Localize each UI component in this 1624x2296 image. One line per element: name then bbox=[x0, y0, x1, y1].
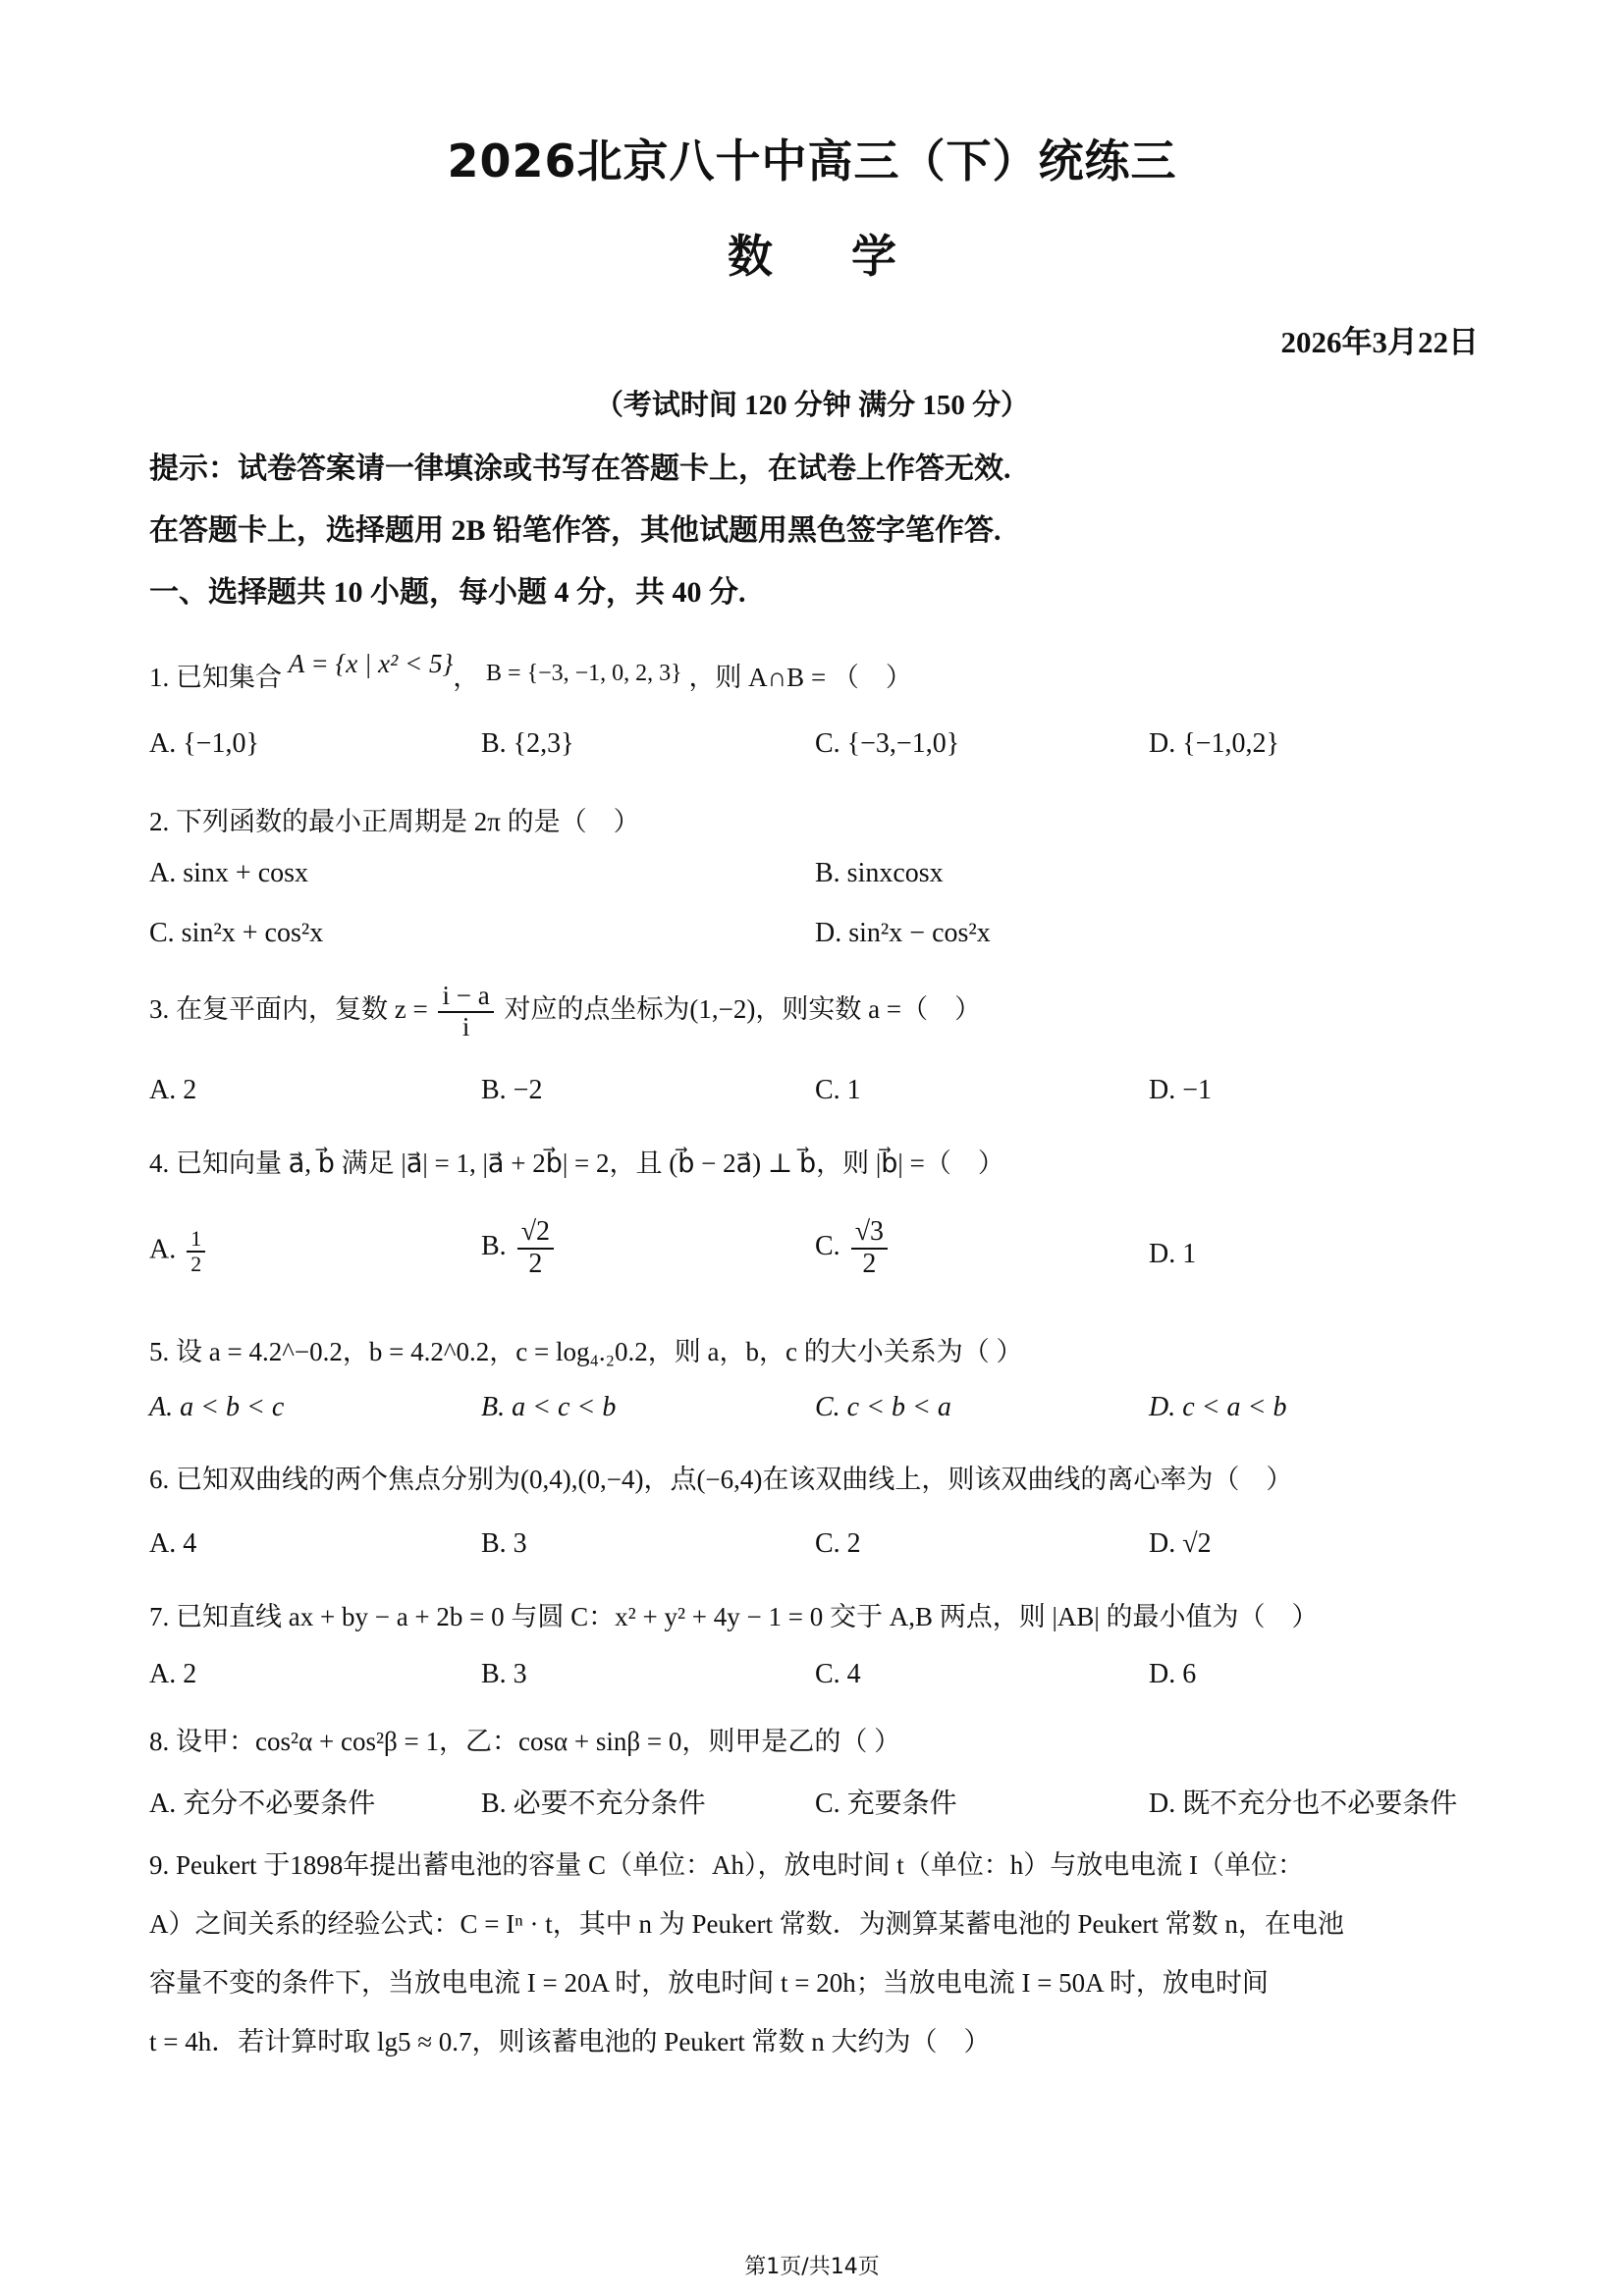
q5-option-b: B. a < c < b bbox=[481, 1392, 616, 1423]
question-8: 8. 设甲：cos²α + cos²β = 1，乙：cosα + sinβ = … bbox=[149, 1720, 900, 1758]
exam-date: 2026年3月22日 bbox=[1281, 317, 1480, 361]
option-label: B. bbox=[481, 1231, 507, 1261]
question-9-line-4: t = 4h．若计算时取 lg5 ≈ 0.7，则该蓄电池的 Peukert 常数… bbox=[149, 2020, 991, 2058]
q1-option-b: B. {2,3} bbox=[481, 728, 574, 760]
question-9-line-2: A）之间关系的经验公式：C = Iⁿ · t，其中 n 为 Peukert 常数… bbox=[149, 1902, 1344, 1941]
q2-option-a: A. sinx + cosx bbox=[149, 858, 308, 889]
page-indicator: 第1页/共14页 bbox=[0, 2250, 1624, 2280]
question-number: 3. bbox=[149, 994, 169, 1024]
fraction: √2 2 bbox=[517, 1217, 554, 1280]
q2-option-d: D. sin²x − cos²x bbox=[815, 918, 991, 949]
set-a: A = {x | x² < 5} bbox=[289, 649, 454, 678]
question-stem: 已知向量 a⃗, b⃗ 满足 |a⃗| = 1, |a⃗ + 2b⃗| = 2，… bbox=[176, 1148, 1004, 1178]
question-number: 8. bbox=[149, 1727, 169, 1756]
subject-char-1: 数 bbox=[728, 230, 773, 283]
question-stem-prefix: 已知集合 bbox=[176, 663, 282, 692]
q8-option-c: C. 充要条件 bbox=[815, 1782, 957, 1821]
q6-option-d: D. √2 bbox=[1149, 1528, 1212, 1560]
q4-option-d: D. 1 bbox=[1149, 1239, 1196, 1270]
question-stem-prefix: 在复平面内，复数 z = bbox=[176, 994, 428, 1024]
fraction-denominator: 2 bbox=[851, 1250, 888, 1280]
q4-option-a: A. 1 2 bbox=[149, 1227, 209, 1276]
q7-option-b: B. 3 bbox=[481, 1659, 527, 1690]
question-stem: 设 a = 4.2^−0.2，b = 4.2^0.2，c = log₄.₂0.2… bbox=[176, 1337, 1023, 1366]
q7-option-a: A. 2 bbox=[149, 1659, 196, 1690]
section-heading: 一、选择题共 10 小题，每小题 4 分，共 40 分. bbox=[149, 567, 746, 611]
question-1: 1. 已知集合 A = {x | x² < 5}， B = {−3, −1, 0… bbox=[149, 656, 912, 694]
question-5: 5. 设 a = 4.2^−0.2，b = 4.2^0.2，c = log₄.₂… bbox=[149, 1330, 1023, 1368]
fraction-numerator: 1 bbox=[187, 1227, 205, 1253]
q3-option-b: B. −2 bbox=[481, 1075, 542, 1106]
question-stem: 设甲：cos²α + cos²β = 1，乙：cosα + sinβ = 0，则… bbox=[176, 1727, 900, 1756]
hint-line-1: 提示：试卷答案请一律填涂或书写在答题卡上，在试卷上作答无效. bbox=[149, 444, 1011, 487]
question-4: 4. 已知向量 a⃗, b⃗ 满足 |a⃗| = 1, |a⃗ + 2b⃗| =… bbox=[149, 1142, 1004, 1180]
question-stem: 已知双曲线的两个焦点分别为(0,4),(0,−4)，点(−6,4)在该双曲线上，… bbox=[176, 1465, 1292, 1494]
q6-option-b: B. 3 bbox=[481, 1528, 527, 1560]
q6-option-a: A. 4 bbox=[149, 1528, 196, 1560]
fraction-denominator: 2 bbox=[517, 1250, 554, 1280]
option-label: D. bbox=[1149, 1239, 1175, 1269]
question-number: 1. bbox=[149, 663, 169, 692]
q3-option-c: C. 1 bbox=[815, 1075, 861, 1106]
fraction-denominator: 2 bbox=[187, 1253, 205, 1276]
question-9-line-3: 容量不变的条件下，当放电电流 I = 20A 时，放电时间 t = 20h；当放… bbox=[149, 1961, 1269, 2000]
question-stem-suffix: 对应的点坐标为(1,−2)，则实数 a =（ ） bbox=[504, 994, 981, 1024]
question-number: 6. bbox=[149, 1465, 169, 1494]
q1-option-a: A. {−1,0} bbox=[149, 728, 259, 760]
q1-option-d: D. {−1,0,2} bbox=[1149, 728, 1279, 760]
set-b: B = {−3, −1, 0, 2, 3} bbox=[486, 661, 682, 686]
question-9-line-1: 9. Peukert 于1898年提出蓄电池的容量 C（单位：Ah），放电时间 … bbox=[149, 1843, 1304, 1882]
q5-option-a: A. a < b < c bbox=[149, 1392, 284, 1423]
fraction-numerator: i − a bbox=[438, 982, 493, 1013]
q8-option-a: A. 充分不必要条件 bbox=[149, 1782, 375, 1821]
fraction-numerator: √3 bbox=[851, 1217, 888, 1250]
q3-option-a: A. 2 bbox=[149, 1075, 196, 1106]
q2-option-c: C. sin²x + cos²x bbox=[149, 918, 323, 949]
q5-option-d: D. c < a < b bbox=[1149, 1392, 1286, 1423]
question-stem: 下列函数的最小正周期是 2π 的是（ ） bbox=[176, 807, 640, 836]
fraction: √3 2 bbox=[851, 1217, 888, 1280]
question-7: 7. 已知直线 ax + by − a + 2b = 0 与圆 C：x² + y… bbox=[149, 1595, 1319, 1633]
q5-option-c: C. c < b < a bbox=[815, 1392, 951, 1423]
exam-time-info: （考试时间 120 分钟 满分 150 分） bbox=[0, 383, 1624, 423]
option-value: 1 bbox=[1182, 1239, 1196, 1269]
question-stem-suffix: ，则 A∩B = （ ） bbox=[688, 663, 911, 692]
q3-option-d: D. −1 bbox=[1149, 1075, 1212, 1106]
q1-option-c: C. {−3,−1,0} bbox=[815, 728, 959, 760]
question-number: 2. bbox=[149, 807, 169, 836]
q2-option-b: B. sinxcosx bbox=[815, 858, 944, 889]
q8-option-d: D. 既不充分也不必要条件 bbox=[1149, 1782, 1457, 1821]
hint-line-2: 在答题卡上，选择题用 2B 铅笔作答，其他试题用黑色签字笔作答. bbox=[149, 506, 1001, 549]
question-number: 7. bbox=[149, 1602, 169, 1631]
fraction-denominator: i bbox=[438, 1013, 493, 1042]
question-stem: 已知直线 ax + by − a + 2b = 0 与圆 C：x² + y² +… bbox=[176, 1602, 1319, 1631]
q4-option-c: C. √3 2 bbox=[815, 1217, 892, 1280]
fraction: i − a i bbox=[438, 982, 493, 1041]
q8-option-b: B. 必要不充分条件 bbox=[481, 1782, 706, 1821]
exam-title: 2026北京八十中高三（下）统练三 bbox=[0, 126, 1624, 190]
question-3: 3. 在复平面内，复数 z = i − a i 对应的点坐标为(1,−2)，则实… bbox=[149, 982, 981, 1041]
question-number: 5. bbox=[149, 1337, 169, 1366]
option-label: A. bbox=[149, 1235, 176, 1265]
subject-char-2: 学 bbox=[851, 230, 896, 283]
q7-option-d: D. 6 bbox=[1149, 1659, 1196, 1690]
question-2: 2. 下列函数的最小正周期是 2π 的是（ ） bbox=[149, 800, 640, 838]
exam-subject: 数学 bbox=[0, 221, 1624, 286]
fraction-numerator: √2 bbox=[517, 1217, 554, 1250]
q6-option-c: C. 2 bbox=[815, 1528, 861, 1560]
q4-option-b: B. √2 2 bbox=[481, 1217, 558, 1280]
option-label: C. bbox=[815, 1231, 840, 1261]
question-6: 6. 已知双曲线的两个焦点分别为(0,4),(0,−4)，点(−6,4)在该双曲… bbox=[149, 1458, 1292, 1496]
q7-option-c: C. 4 bbox=[815, 1659, 861, 1690]
fraction: 1 2 bbox=[187, 1227, 205, 1276]
question-number: 4. bbox=[149, 1148, 169, 1178]
